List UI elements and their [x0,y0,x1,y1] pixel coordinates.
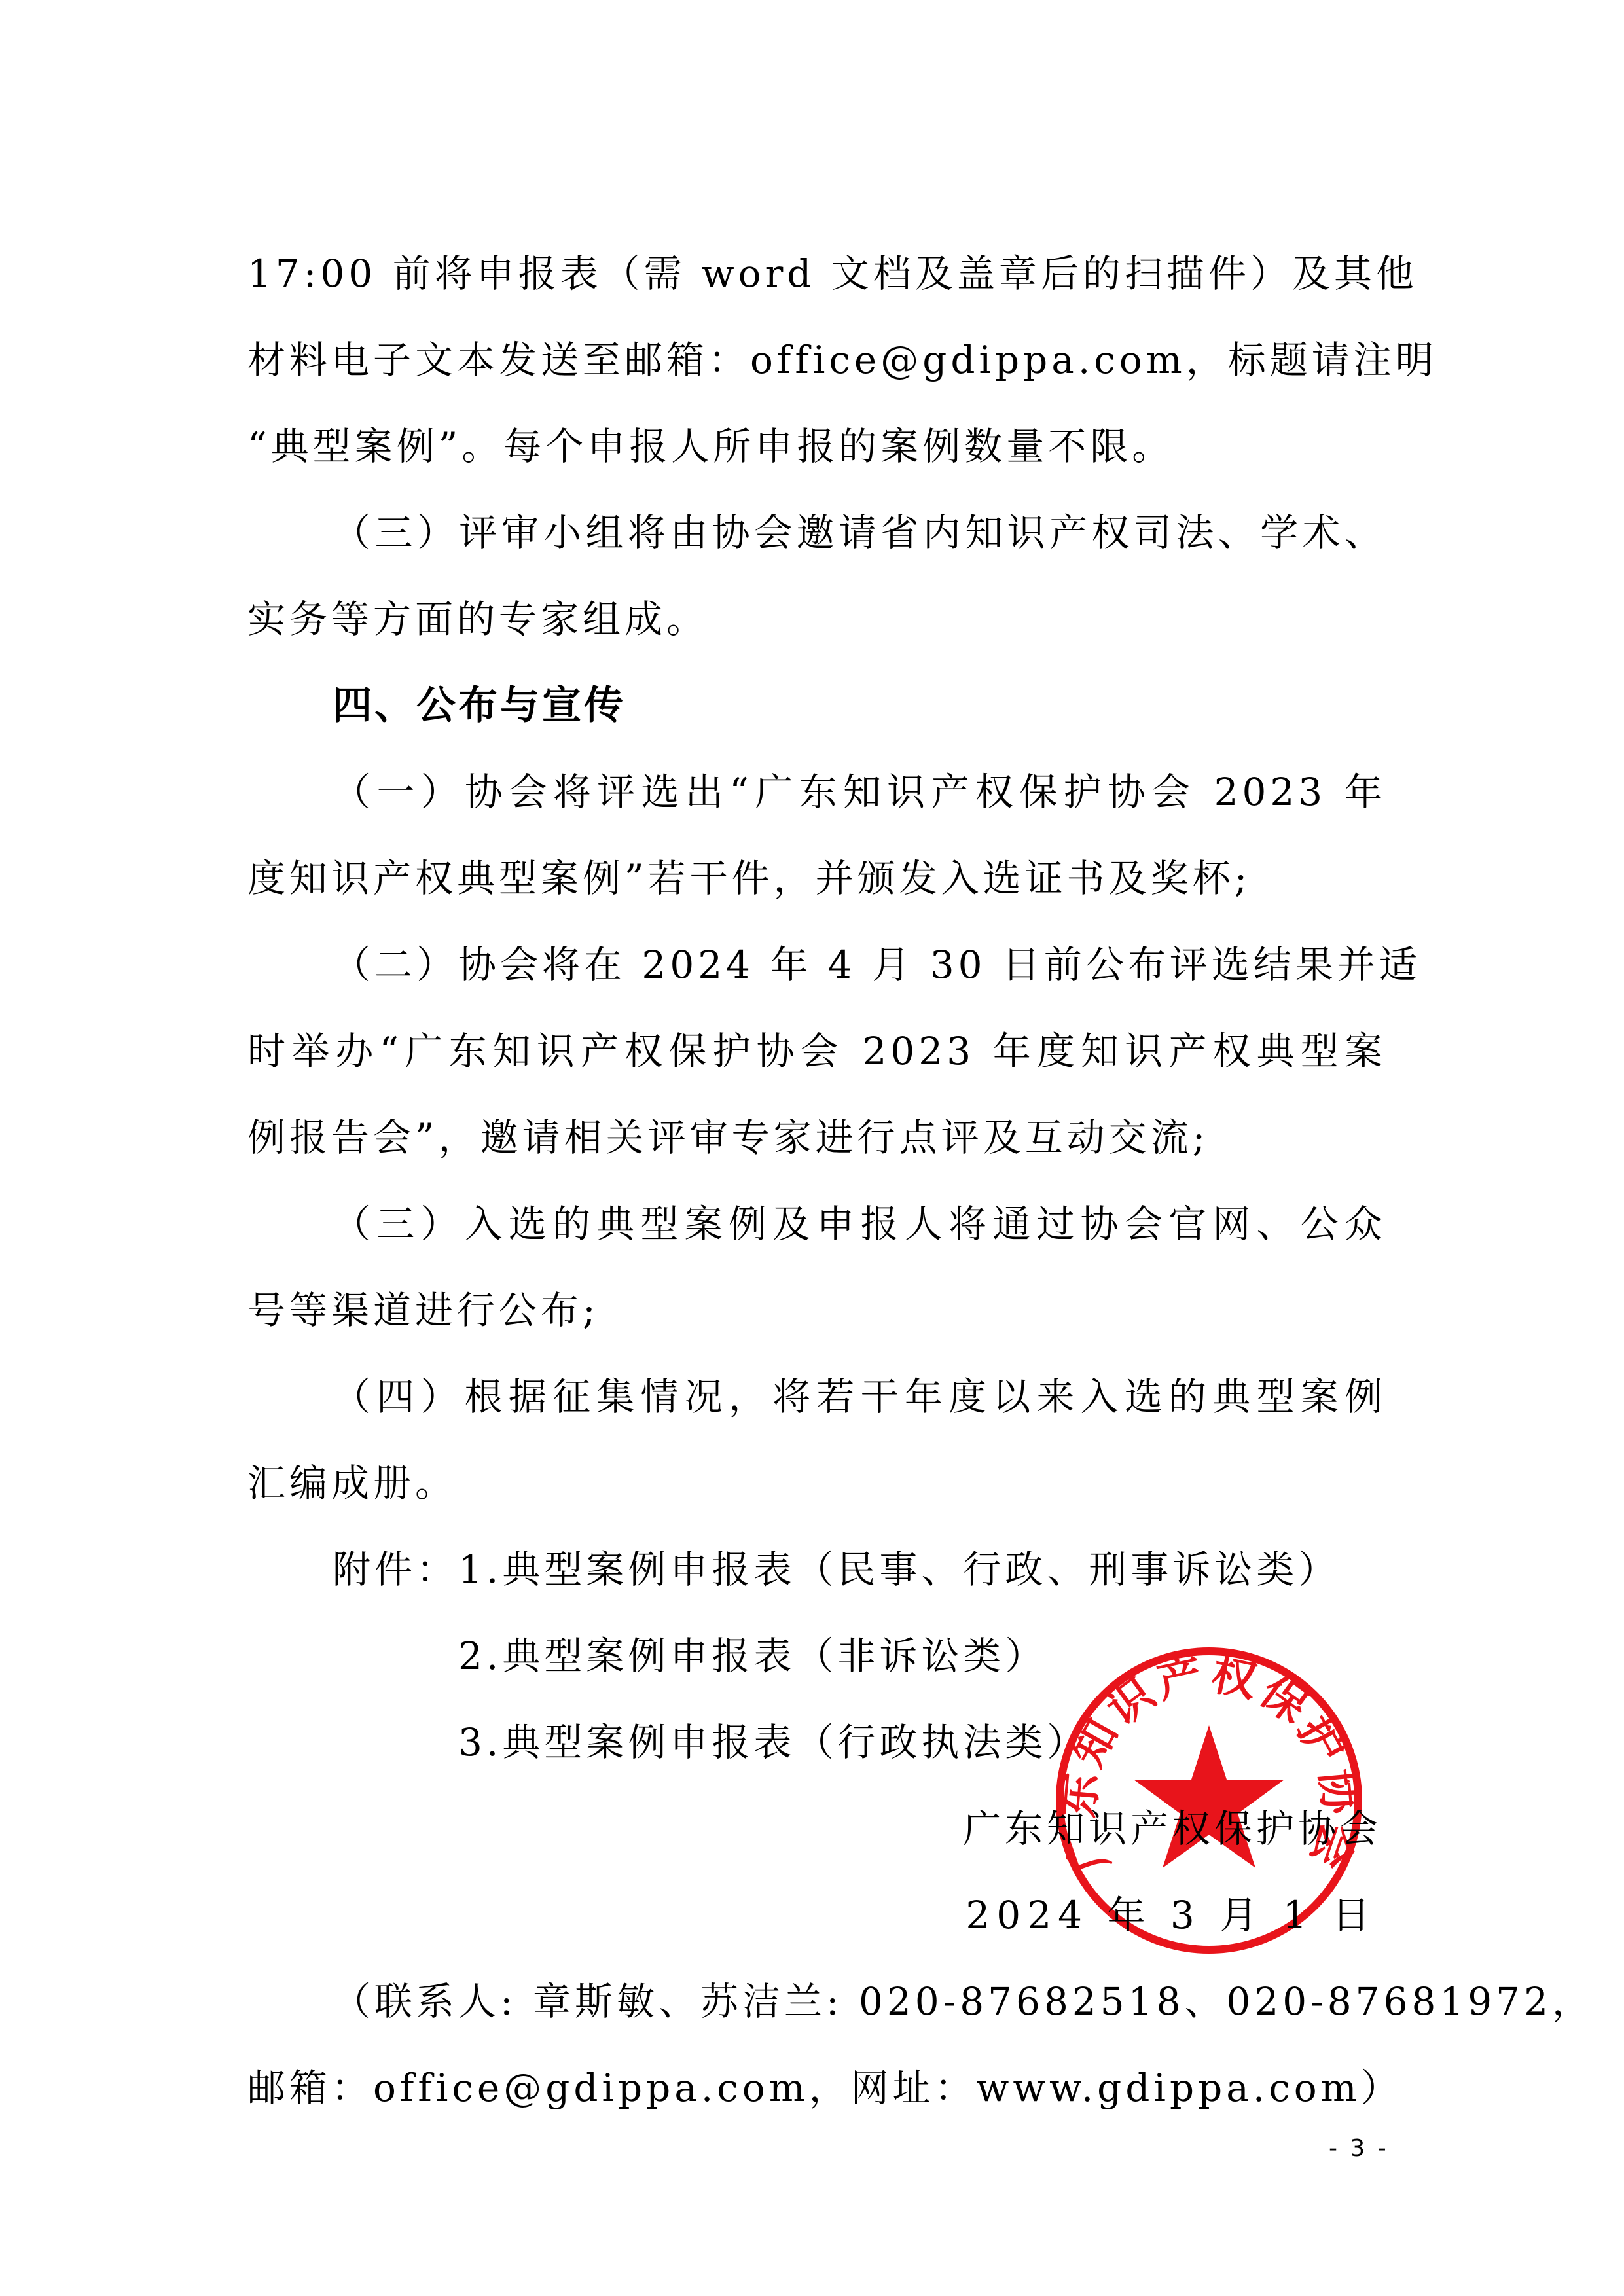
attachment-item: 2.典型案例申报表（非诉讼类） [458,1632,1047,1679]
attachment-item: 1.典型案例申报表（民事、行政、刑事诉讼类） [458,1546,1340,1593]
contact-line: （联系人: 章斯敏、苏洁兰: 020-87682518、020-87681972… [333,1978,1386,2025]
section-heading: 四、公布与宣传 [333,682,626,729]
list-item-line: 号等渠道进行公布; [247,1287,1386,1334]
list-item-line: （二）协会将在 2024 年 4 月 30 日前公布评选结果并适 [333,941,1386,988]
attachments-label: 附件： [333,1546,458,1593]
list-item-line: 例报告会”，邀请相关评审专家进行点评及互动交流; [247,1114,1386,1161]
paragraph-line: （三）评审小组将由协会邀请省内知识产权司法、学术、 [333,509,1386,556]
attachment-item: 3.典型案例申报表（行政执法类） [458,1719,1089,1766]
list-item-line: 度知识产权典型案例”若干件，并颁发入选证书及奖杯; [247,855,1386,902]
paragraph-line: 17:00 前将申报表（需 word 文档及盖章后的扫描件）及其他 [247,250,1386,297]
signature-organization: 广东知识产权保护协会 [963,1805,1382,1852]
list-item-line: （四）根据征集情况，将若干年度以来入选的典型案例 [333,1373,1386,1420]
document-page: 17:00 前将申报表（需 word 文档及盖章后的扫描件）及其他 材料电子文本… [0,0,1624,2296]
signature-date: 2024 年 3 月 1 日 [965,1892,1377,1939]
list-item-line: 时举办“广东知识产权保护协会 2023 年度知识产权典型案 [247,1028,1386,1075]
paragraph-line: 实务等方面的专家组成。 [247,596,1386,643]
list-item-line: （一）协会将评选出“广东知识产权保护协会 2023 年 [333,768,1386,816]
paragraph-line: 材料电子文本发送至邮箱：office@gdippa.com，标题请注明 [247,336,1386,384]
paragraph-line: “典型案例”。每个申报人所申报的案例数量不限。 [247,423,1386,470]
page-number: - 3 - [1329,2135,1389,2162]
list-item-line: （三）入选的典型案例及申报人将通过协会官网、公众 [333,1200,1386,1247]
contact-line: 邮箱：office@gdippa.com，网址：www.gdippa.com） [247,2064,1386,2111]
list-item-line: 汇编成册。 [247,1460,1386,1507]
